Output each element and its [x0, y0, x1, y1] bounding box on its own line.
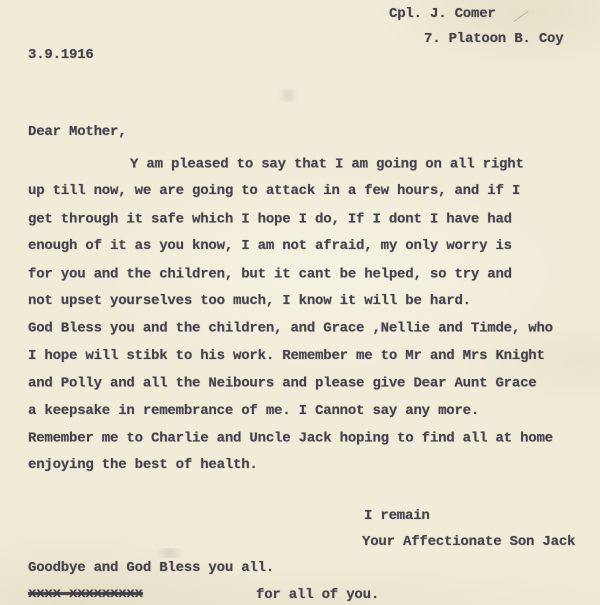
letter-body: Y am pleased to say that I am going on a…: [28, 151, 594, 480]
closing-remain: I remain: [364, 508, 430, 524]
pencil-mark: [513, 11, 528, 22]
crossed-out-text: xxxx xxxxxxxxx: [28, 586, 143, 602]
paper-smudge: [150, 548, 190, 558]
final-note: for all of you.: [256, 587, 379, 603]
body-line: God Bless you and the children, and Grac…: [28, 316, 594, 343]
body-line: Y am pleased to say that I am going on a…: [28, 151, 594, 178]
body-line: a keepsake in remembrance of me. I Canno…: [28, 398, 594, 425]
closing-signature: Your Affectionate Son Jack: [362, 534, 575, 550]
sender-unit: 7. Platoon B. Coy: [424, 31, 563, 47]
closing-goodbye: Goodbye and God Bless you all.: [28, 560, 274, 576]
letter-page: Cpl. J. Comer 7. Platoon B. Coy 3.9.1916…: [0, 0, 600, 605]
body-line: up till now, we are going to attack in a…: [28, 178, 594, 205]
salutation: Dear Mother,: [28, 124, 126, 140]
letter-date: 3.9.1916: [28, 47, 94, 63]
body-line: enjoying the best of health.: [28, 452, 594, 479]
body-line: not upset yourselves too much, I know it…: [28, 288, 594, 315]
body-line: enough of it as you know, I am not afrai…: [28, 233, 594, 260]
sender-name: Cpl. J. Comer: [389, 6, 496, 22]
body-line: Remember me to Charlie and Uncle Jack ho…: [28, 425, 594, 452]
body-line: for you and the children, but it cant be…: [28, 261, 594, 288]
paper-smudge: [275, 88, 301, 102]
body-line: I hope will stibk to his work. Remember …: [28, 343, 594, 370]
body-line: and Polly and all the Neibours and pleas…: [28, 371, 594, 398]
body-line: get through it safe which I hope I do, I…: [28, 206, 594, 233]
